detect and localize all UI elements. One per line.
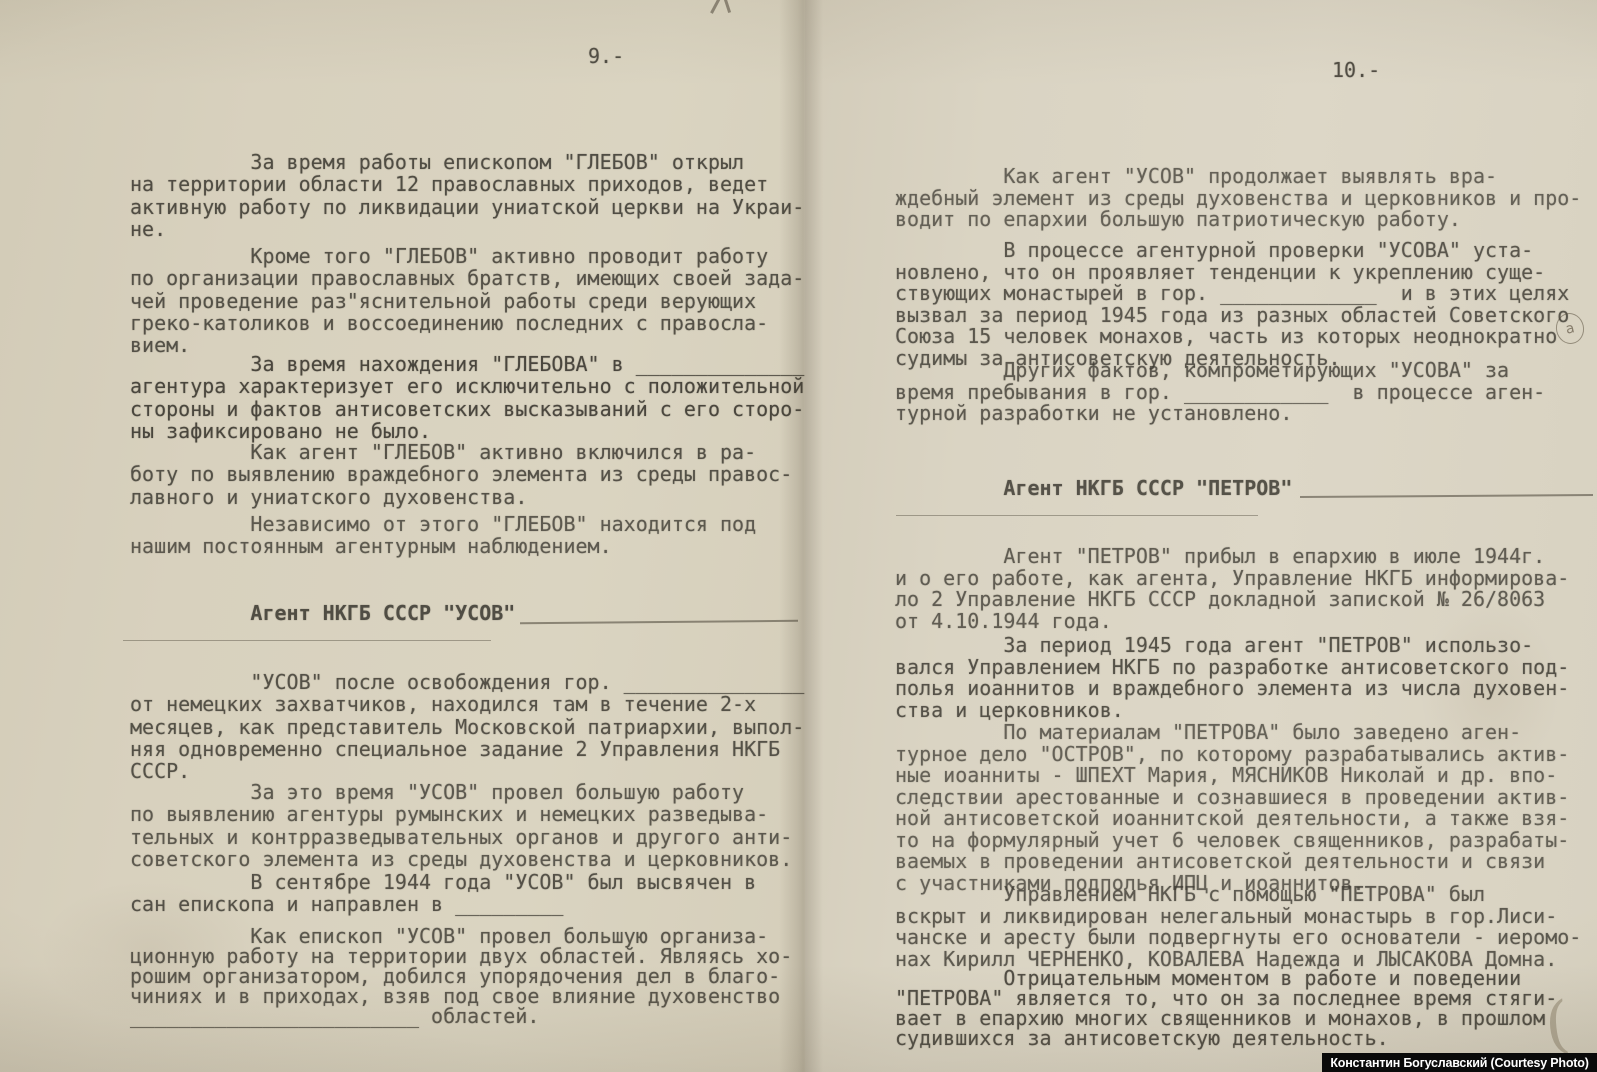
page-10-number: 10.- (1332, 58, 1380, 82)
page-10-paragraph-5: За период 1945 года агент "ПЕТРОВ" испол… (895, 635, 1569, 721)
page-10-paragraph-3: Других фактов, компрометирующих "УСОВА" … (895, 360, 1545, 425)
page-10-paragraph-1: Как агент "УСОВ" продолжает выявлять вра… (895, 166, 1581, 231)
page-9-paragraph-6: "УСОВ" после освобождения гор. _________… (130, 671, 804, 782)
page-9-paragraph-2: Кроме того "ГЛЕБОВ" активно проводит раб… (130, 245, 804, 356)
page-10-paragraph-4: Агент "ПЕТРОВ" прибыл в епархию в июле 1… (895, 546, 1569, 632)
circled-annotation-glyph: а (1564, 320, 1576, 337)
page-10-paragraph-6: По материалам "ПЕТРОВА" было заведено аг… (895, 722, 1569, 894)
page-9-paragraph-8: В сентябре 1944 года "УСОВ" был высвячен… (130, 871, 756, 916)
page-9-paragraph-5: Независимо от этого "ГЛЕБОВ" находится п… (130, 513, 756, 558)
page-9-section-heading-usov: Агент НКГБ СССР "УСОВ" (130, 601, 515, 625)
page-9-paragraph-7: За это время "УСОВ" провел большую работ… (130, 781, 792, 870)
page-9-paragraph-1: За время работы епископом "ГЛЕБОВ" откры… (130, 151, 804, 240)
photo-credit-text: Константин Богуславский (Courtesy Photo) (1330, 1056, 1588, 1070)
page-10-paragraph-8: Отрицательным моментом в работе и поведе… (895, 968, 1557, 1048)
heading-underline (896, 515, 1258, 516)
photo-credit-bar: Константин Богуславский (Courtesy Photo) (1322, 1053, 1597, 1072)
document-scan: 9.- За время работы епископом "ГЛЕБОВ" о… (0, 0, 1597, 1072)
page-9-number: 9.- (588, 44, 624, 68)
page-9-paragraph-4: Как агент "ГЛЕБОВ" активно включился в р… (130, 441, 792, 508)
page-10-paragraph-7: Управлением НКГБ с помощью "ПЕТРОВА" был… (895, 884, 1581, 970)
page-10-section-heading-petrov: Агент НКГБ СССР "ПЕТРОВ" (895, 476, 1292, 500)
heading-underline (123, 640, 491, 641)
page-9-paragraph-3: За время нахождения "ГЛЕБОВА" в ________… (130, 353, 804, 442)
page-10-paragraph-2: В процессе агентурной проверки "УСОВА" у… (895, 240, 1569, 369)
page-9-paragraph-9: Как епископ "УСОВ" провел большую органи… (130, 926, 792, 1026)
